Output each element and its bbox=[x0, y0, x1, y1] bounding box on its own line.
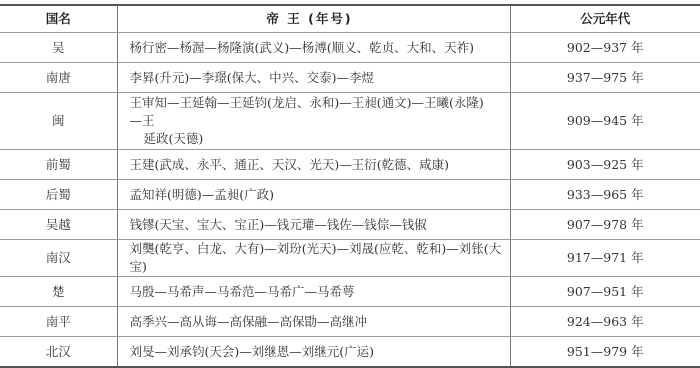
rulers-text: 钱镠(天宝、宝大、宝正)—钱元瓘—钱佐—钱倧—钱俶 bbox=[130, 216, 502, 234]
state-name-cell: 吴越 bbox=[0, 210, 117, 240]
years-cell: 909—945 年 bbox=[510, 93, 700, 150]
rulers-cell: 钱镠(天宝、宝大、宝正)—钱元瓘—钱佐—钱倧—钱俶 bbox=[117, 210, 510, 240]
table-row: 后蜀 孟知祥(明德)—孟昶(广政) 933—965 年 bbox=[0, 180, 700, 210]
years-cell: 924—963 年 bbox=[510, 307, 700, 337]
rulers-text: 杨行密—杨渥—杨隆演(武义)—杨溥(顺义、乾贞、大和、天祚) bbox=[130, 39, 502, 57]
state-name-cell: 前蜀 bbox=[0, 150, 117, 180]
table-row: 楚 马殷—马希声—马希范—马希广—马希萼 907—951 年 bbox=[0, 277, 700, 307]
header-state-name: 国名 bbox=[0, 5, 117, 33]
state-name-cell: 后蜀 bbox=[0, 180, 117, 210]
years-cell: 937—975 年 bbox=[510, 63, 700, 93]
rulers-cell: 刘龑(乾亨、白龙、大有)—刘玢(光天)—刘晟(应乾、乾和)—刘𬬮(大宝) bbox=[117, 240, 510, 277]
years-cell: 907—951 年 bbox=[510, 277, 700, 307]
table-row: 北汉 刘旻—刘承钧(天会)—刘继恩—刘继元(广运) 951—979 年 bbox=[0, 337, 700, 368]
rulers-text: 王审知—王延翰—王延钧(龙启、永和)—王昶(通文)—王曦(永隆)—王 bbox=[130, 94, 502, 130]
years-cell: 907—978 年 bbox=[510, 210, 700, 240]
rulers-text: 马殷—马希声—马希范—马希广—马希萼 bbox=[130, 283, 502, 301]
rulers-text: 李昪(升元)—李璟(保大、中兴、交泰)—李煜 bbox=[130, 69, 502, 87]
table-row: 闽 王审知—王延翰—王延钧(龙启、永和)—王昶(通文)—王曦(永隆)—王 延政(… bbox=[0, 93, 700, 150]
table-row: 吴越 钱镠(天宝、宝大、宝正)—钱元瓘—钱佐—钱倧—钱俶 907—978 年 bbox=[0, 210, 700, 240]
rulers-text: 孟知祥(明德)—孟昶(广政) bbox=[130, 186, 502, 204]
header-ad-years: 公元年代 bbox=[510, 5, 700, 33]
table-row: 吴 杨行密—杨渥—杨隆演(武义)—杨溥(顺义、乾贞、大和、天祚) 902—937… bbox=[0, 33, 700, 63]
rulers-text: 王建(武成、永平、通正、天汉、光天)—王衍(乾德、咸康) bbox=[130, 156, 502, 174]
rulers-cell: 刘旻—刘承钧(天会)—刘继恩—刘继元(广运) bbox=[117, 337, 510, 368]
state-name-cell: 北汉 bbox=[0, 337, 117, 368]
rulers-text: 高季兴—高从诲—高保融—高保勖—高继冲 bbox=[130, 313, 502, 331]
rulers-text-continued: 延政(天德) bbox=[130, 130, 502, 148]
rulers-cell: 高季兴—高从诲—高保融—高保勖—高继冲 bbox=[117, 307, 510, 337]
years-cell: 951—979 年 bbox=[510, 337, 700, 368]
state-name-cell: 闽 bbox=[0, 93, 117, 150]
dynasty-table-container: 国名 帝 王 (年号) 公元年代 吴 杨行密—杨渥—杨隆演(武义)—杨溥(顺义、… bbox=[0, 4, 700, 368]
state-name-cell: 南平 bbox=[0, 307, 117, 337]
years-cell: 902—937 年 bbox=[510, 33, 700, 63]
rulers-text: 刘龑(乾亨、白龙、大有)—刘玢(光天)—刘晟(应乾、乾和)—刘𬬮(大宝) bbox=[130, 240, 502, 276]
state-name-cell: 南汉 bbox=[0, 240, 117, 277]
table-row: 前蜀 王建(武成、永平、通正、天汉、光天)—王衍(乾德、咸康) 903—925 … bbox=[0, 150, 700, 180]
table-row: 南唐 李昪(升元)—李璟(保大、中兴、交泰)—李煜 937—975 年 bbox=[0, 63, 700, 93]
rulers-cell: 王建(武成、永平、通正、天汉、光天)—王衍(乾德、咸康) bbox=[117, 150, 510, 180]
rulers-cell: 马殷—马希声—马希范—马希广—马希萼 bbox=[117, 277, 510, 307]
five-dynasties-ten-kingdoms-table: 国名 帝 王 (年号) 公元年代 吴 杨行密—杨渥—杨隆演(武义)—杨溥(顺义、… bbox=[0, 4, 700, 368]
table-header-row: 国名 帝 王 (年号) 公元年代 bbox=[0, 5, 700, 33]
table-row: 南平 高季兴—高从诲—高保融—高保勖—高继冲 924—963 年 bbox=[0, 307, 700, 337]
rulers-text: 刘旻—刘承钧(天会)—刘继恩—刘继元(广运) bbox=[130, 343, 502, 361]
years-cell: 933—965 年 bbox=[510, 180, 700, 210]
years-cell: 917—971 年 bbox=[510, 240, 700, 277]
state-name-cell: 楚 bbox=[0, 277, 117, 307]
years-cell: 903—925 年 bbox=[510, 150, 700, 180]
state-name-cell: 南唐 bbox=[0, 63, 117, 93]
header-rulers-era-names: 帝 王 (年号) bbox=[117, 5, 510, 33]
rulers-cell: 李昪(升元)—李璟(保大、中兴、交泰)—李煜 bbox=[117, 63, 510, 93]
rulers-cell: 杨行密—杨渥—杨隆演(武义)—杨溥(顺义、乾贞、大和、天祚) bbox=[117, 33, 510, 63]
table-row: 南汉 刘龑(乾亨、白龙、大有)—刘玢(光天)—刘晟(应乾、乾和)—刘𬬮(大宝) … bbox=[0, 240, 700, 277]
state-name-cell: 吴 bbox=[0, 33, 117, 63]
rulers-cell: 王审知—王延翰—王延钧(龙启、永和)—王昶(通文)—王曦(永隆)—王 延政(天德… bbox=[117, 93, 510, 150]
rulers-cell: 孟知祥(明德)—孟昶(广政) bbox=[117, 180, 510, 210]
